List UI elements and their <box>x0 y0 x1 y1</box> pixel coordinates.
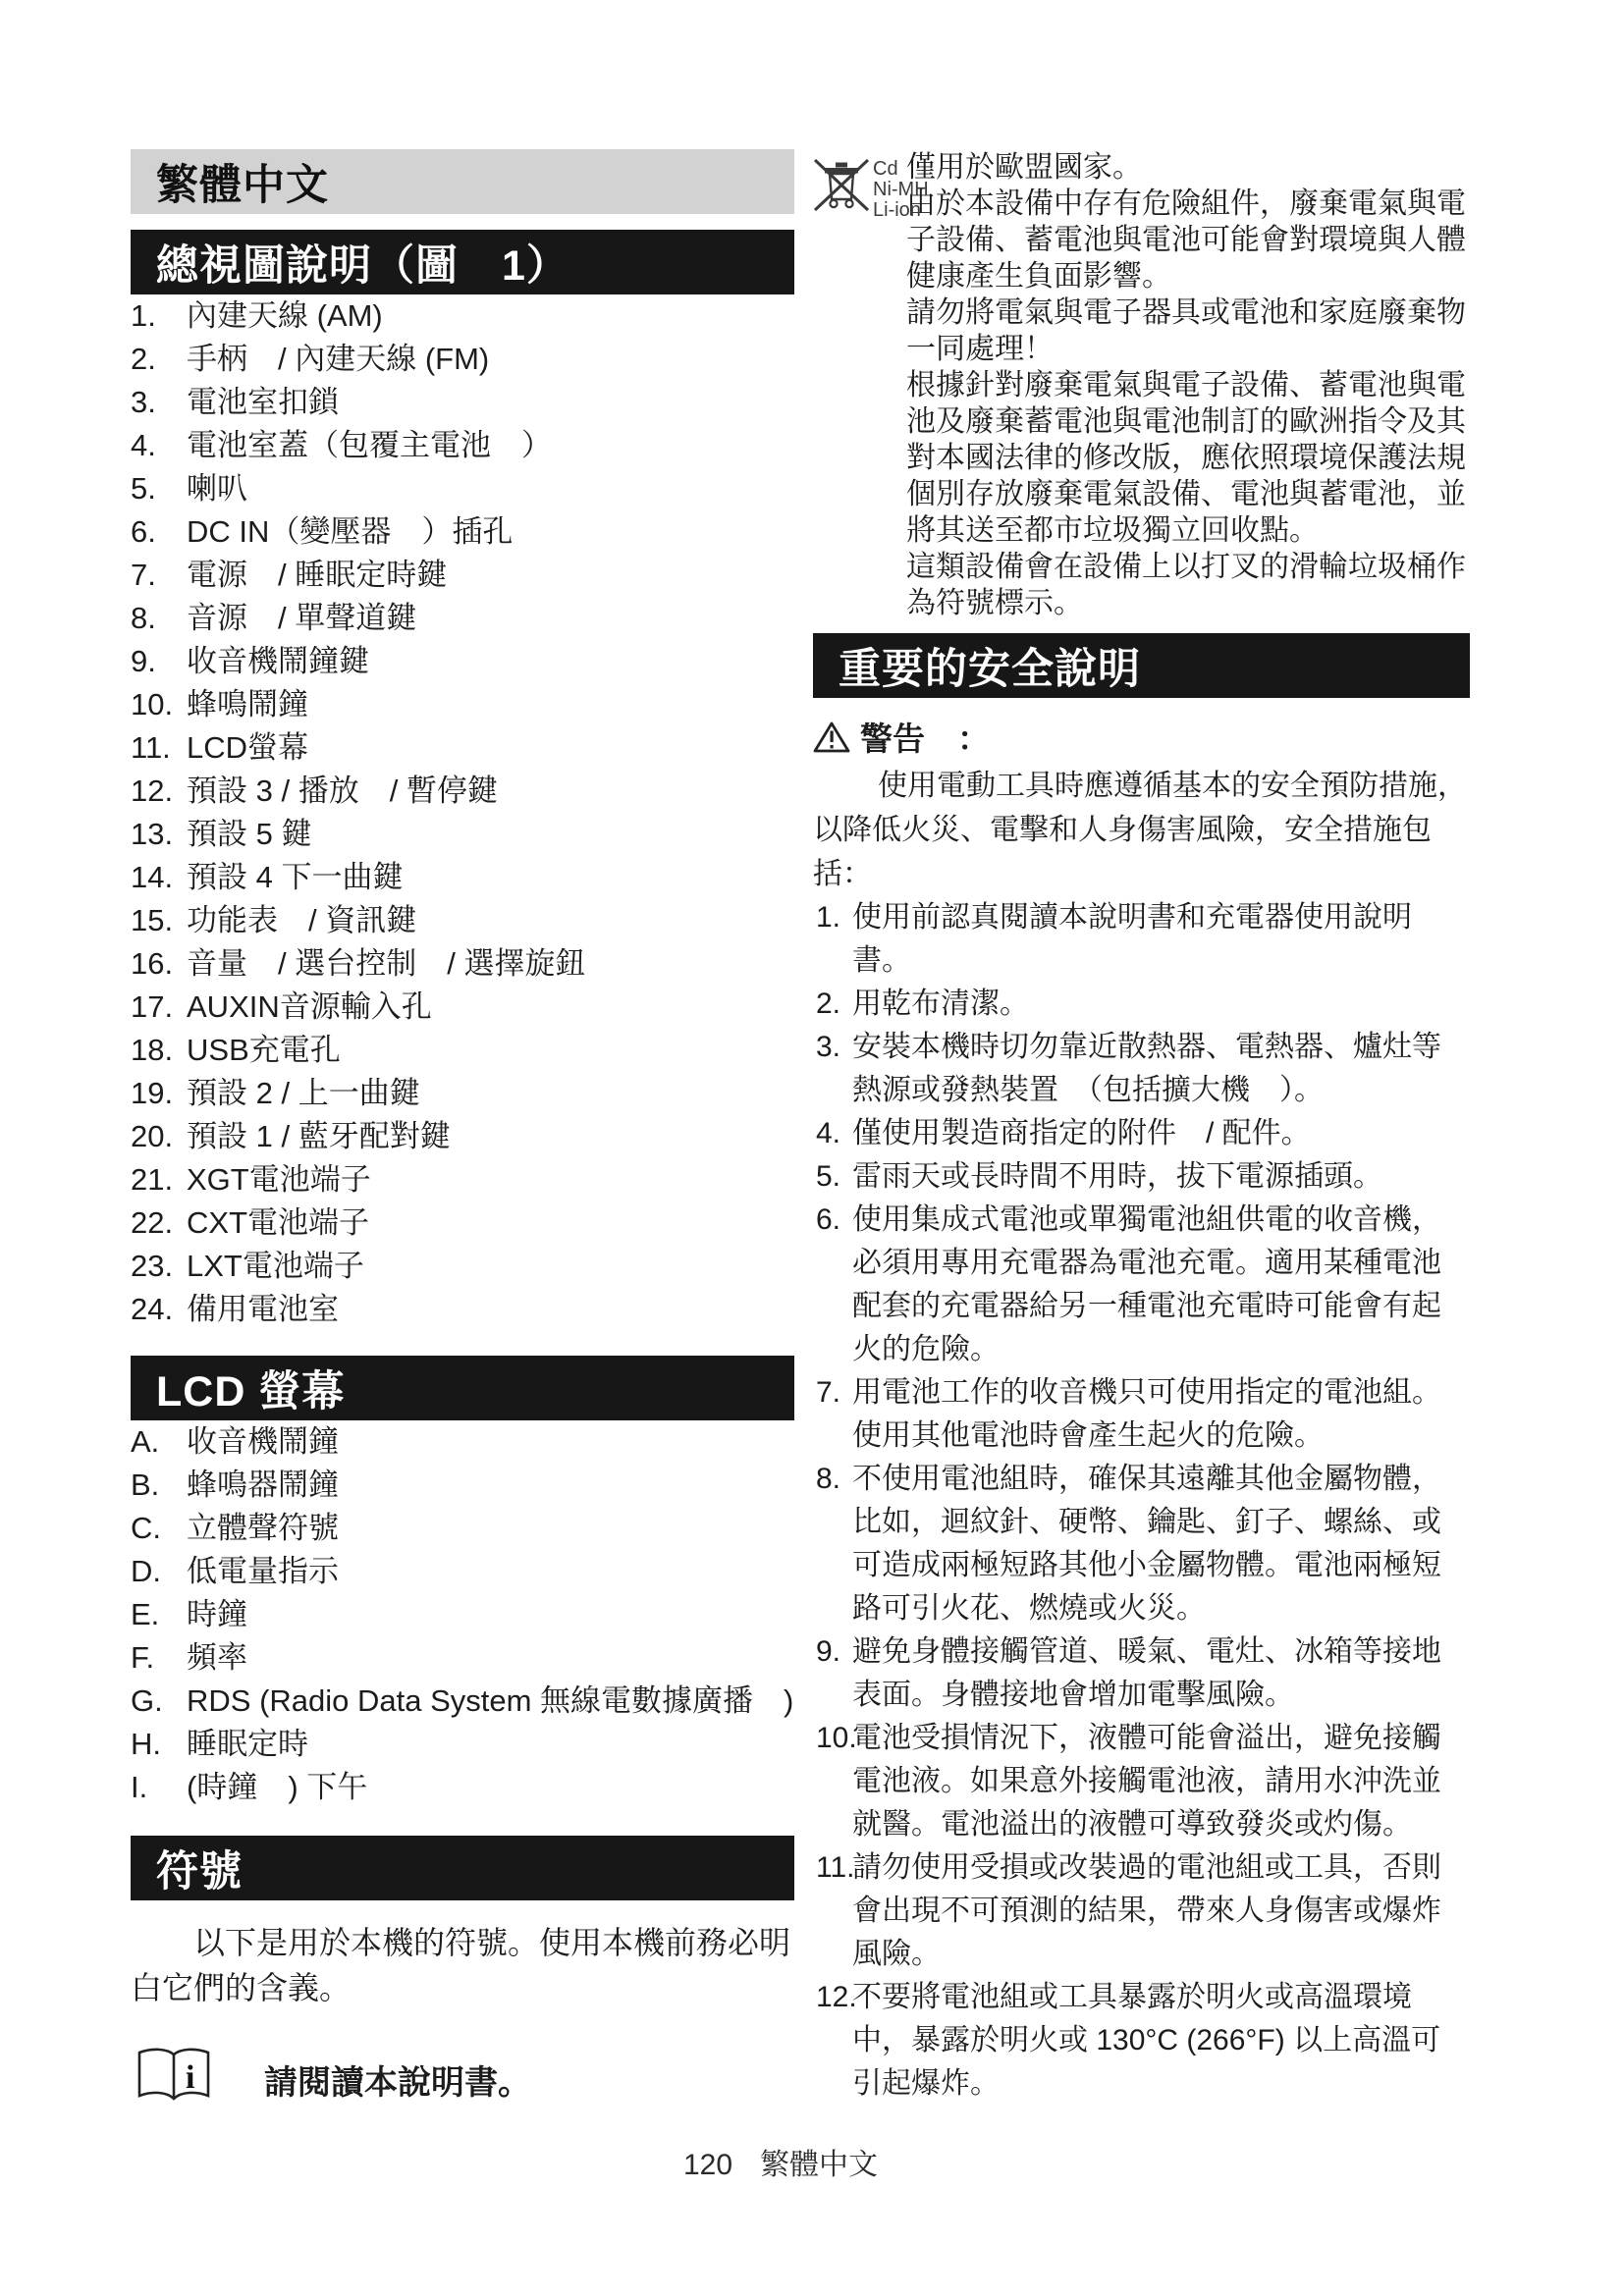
list-item: 20.預設 1 / 藍牙配對鍵 <box>131 1115 794 1158</box>
list-item: E.時鐘 <box>131 1593 794 1636</box>
list-item: 15.功能表 / 資訊鍵 <box>131 899 794 942</box>
page-footer: 120繁體中文 <box>0 2140 1593 2183</box>
list-item: 7.用電池工作的收音機只可使用指定的電池組。使用其他電池時會產生起火的危險。 <box>813 1371 1470 1458</box>
list-item: 12.預設 3 / 播放 / 暫停鍵 <box>131 770 794 813</box>
svg-text:i: i <box>186 2059 194 2096</box>
list-item: 19.預設 2 / 上一曲鍵 <box>131 1072 794 1115</box>
list-item: 3.電池室扣鎖 <box>131 381 794 424</box>
overview-section-header: 總視圖說明（圖 1） <box>131 230 794 294</box>
eu-disposal-line: 僅用於歐盟國家。 <box>906 149 1470 186</box>
chemistry-label-nimh: Ni-MH <box>873 180 929 200</box>
safety-section-title: 重要的安全說明 <box>839 636 1141 696</box>
list-item: 17.AUXIN音源輸入孔 <box>131 986 794 1029</box>
eu-disposal-line: 由於本設備中存有危險組件，廢棄電氣與電子設備、蓄電池與電池可能會對環境與人體健康… <box>906 186 1470 294</box>
list-item: 23.LXT電池端子 <box>131 1245 794 1288</box>
warning-row: 警告 ： <box>813 714 1470 760</box>
symbols-section-header: 符號 <box>131 1836 794 1900</box>
list-item: 4.僅使用製造商指定的附件 / 配件。 <box>813 1112 1470 1155</box>
overview-parts-list: 1.內建天線 (AM) 2.手柄 / 內建天線 (FM) 3.電池室扣鎖 4.電… <box>131 294 794 1331</box>
lcd-section-title: LCD 螢幕 <box>156 1359 345 1418</box>
symbols-section-title: 符號 <box>156 1839 243 1898</box>
list-item: 10.電池受損情況下，液體可能會溢出，避免接觸電池液。如果意外接觸電池液，請用水… <box>813 1717 1470 1846</box>
manual-page: 繁體中文 總視圖說明（圖 1） 1.內建天線 (AM) 2.手柄 / 內建天線 … <box>0 0 1624 2296</box>
page-number: 120 <box>683 2149 732 2181</box>
read-manual-text: 請閱讀本說明書。 <box>264 2056 531 2104</box>
list-item: B.蜂鳴器鬧鐘 <box>131 1464 794 1507</box>
list-item: H.睡眠定時 <box>131 1723 794 1766</box>
list-item: 12.不要將電池組或工具暴露於明火或高溫環境中，暴露於明火或 130°C (26… <box>813 1976 1470 2106</box>
list-item: 4.電池室蓋（包覆主電池 ） <box>131 424 794 467</box>
language-banner: 繁體中文 <box>131 149 794 214</box>
list-item: 5.雷雨天或長時間不用時，拔下電源插頭。 <box>813 1155 1470 1199</box>
read-manual-row: i 請閱讀本說明書。 <box>131 2044 794 2115</box>
warning-label: 警告 ： <box>860 714 990 760</box>
list-item: D.低電量指示 <box>131 1550 794 1593</box>
lcd-elements-list: A.收音機鬧鐘 B.蜂鳴器鬧鐘 C.立體聲符號 D.低電量指示 E.時鐘 F.頻… <box>131 1420 794 1809</box>
list-item: 22.CXT電池端子 <box>131 1201 794 1245</box>
list-item: 9.避免身體接觸管道、暖氣、電灶、冰箱等接地表面。身體接地會增加電擊風險。 <box>813 1630 1470 1717</box>
list-item: 11.LCD螢幕 <box>131 726 794 770</box>
list-item: 7.電源 / 睡眠定時鍵 <box>131 554 794 597</box>
eu-disposal-block: Cd Ni-MH Li-ion 僅用於歐盟國家。 由於本設備中存有危險組件，廢棄… <box>813 149 1470 621</box>
list-item: C.立體聲符號 <box>131 1507 794 1550</box>
list-item: 6.使用集成式電池或單獨電池組供電的收音機，必須用專用充電器為電池充電。適用某種… <box>813 1199 1470 1371</box>
right-column: Cd Ni-MH Li-ion 僅用於歐盟國家。 由於本設備中存有危險組件，廢棄… <box>813 149 1470 2106</box>
chemistry-label-liion: Li-ion <box>873 200 929 221</box>
list-item: 16.音量 / 選台控制 / 選擇旋鈕 <box>131 942 794 986</box>
chemistry-label-cd: Cd <box>873 159 929 180</box>
list-item: 1.使用前認真閱讀本說明書和充電器使用說明書。 <box>813 896 1470 983</box>
crossed-wheelie-bin-battery-icon: Cd Ni-MH Li-ion <box>813 153 929 221</box>
list-item: 9.收音機鬧鐘鍵 <box>131 640 794 683</box>
list-item: 5.喇叭 <box>131 467 794 510</box>
eu-disposal-line: 請勿將電氣與電子器具或電池和家庭廢棄物一同處理！ <box>906 294 1470 367</box>
list-item: G.RDS (Radio Data System 無線電數據廣播 ) <box>131 1680 794 1723</box>
list-item: 6.DC IN（變壓器 ）插孔 <box>131 510 794 554</box>
list-item: 3.安裝本機時切勿靠近散熱器、電熱器、爐灶等熱源或發熱裝置 （包括擴大機 ）。 <box>813 1026 1470 1112</box>
list-item: A.收音機鬧鐘 <box>131 1420 794 1464</box>
list-item: 8.不使用電池組時，確保其遠離其他金屬物體，比如，迴紋針、硬幣、鑰匙、釘子、螺絲… <box>813 1458 1470 1630</box>
list-item: 11.請勿使用受損或改裝過的電池組或工具，否則會出現不可預測的結果，帶來人身傷害… <box>813 1846 1470 1976</box>
language-banner-label: 繁體中文 <box>156 152 329 212</box>
list-item: 2.手柄 / 內建天線 (FM) <box>131 338 794 381</box>
eu-disposal-text: 僅用於歐盟國家。 由於本設備中存有危險組件，廢棄電氣與電子設備、蓄電池與電池可能… <box>906 149 1470 621</box>
battery-chemistry-labels: Cd Ni-MH Li-ion <box>873 159 929 221</box>
open-book-info-icon: i <box>131 2044 217 2115</box>
list-item: 14.預設 4 下一曲鍵 <box>131 856 794 899</box>
safety-instructions-list: 1.使用前認真閱讀本說明書和充電器使用說明書。 2.用乾布清潔。 3.安裝本機時… <box>813 896 1470 2106</box>
list-item: I.(時鐘 ) 下午 <box>131 1766 794 1809</box>
safety-section-header: 重要的安全說明 <box>813 633 1470 698</box>
left-column: 繁體中文 總視圖說明（圖 1） 1.內建天線 (AM) 2.手柄 / 內建天線 … <box>131 149 794 2115</box>
list-item: 8.音源 / 單聲道鍵 <box>131 597 794 640</box>
list-item: 18.USB充電孔 <box>131 1029 794 1072</box>
overview-section-title: 總視圖說明（圖 1） <box>156 233 569 293</box>
list-item: 13.預設 5 鍵 <box>131 813 794 856</box>
warning-triangle-icon <box>813 721 850 754</box>
eu-disposal-line: 這類設備會在設備上以打叉的滑輪垃圾桶作為符號標示。 <box>906 549 1470 621</box>
eu-disposal-line: 根據針對廢棄電氣與電子設備、蓄電池與電池及廢棄蓄電池與電池制訂的歐洲指令及其對本… <box>906 367 1470 549</box>
list-item: 1.內建天線 (AM) <box>131 294 794 338</box>
list-item: 21.XGT電池端子 <box>131 1158 794 1201</box>
list-item: 10.蜂鳴鬧鐘 <box>131 683 794 726</box>
footer-section-label: 繁體中文 <box>760 2149 878 2181</box>
list-item: 24.備用電池室 <box>131 1288 794 1331</box>
safety-intro-paragraph: 使用電動工具時應遵循基本的安全預防措施，以降低火災、電擊和人身傷害風險，安全措施… <box>813 764 1470 896</box>
list-item: F.頻率 <box>131 1636 794 1680</box>
list-item: 2.用乾布清潔。 <box>813 983 1470 1026</box>
lcd-section-header: LCD 螢幕 <box>131 1356 794 1420</box>
symbols-intro-paragraph: 以下是用於本機的符號。使用本機前務必明白它們的含義。 <box>131 1920 794 2010</box>
